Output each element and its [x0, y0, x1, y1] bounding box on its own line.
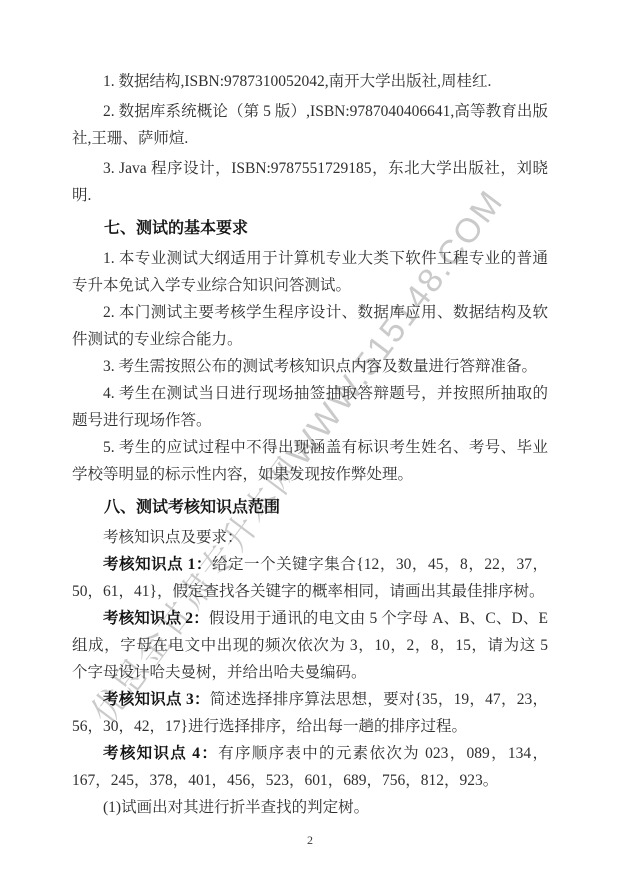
knowledge-point-4: 考核知识点 4：有序顺序表中的元素依次为 023，089，134，167，245…	[72, 740, 548, 794]
section-heading-8: 八、测试考核知识点范围	[72, 494, 548, 521]
knowledge-point-2-label: 考核知识点 2：	[103, 610, 209, 627]
requirement-item-2: 2. 本门测试主要考核学生程序设计、数据库应用、数据结构及软件测试的专业综合能力…	[72, 299, 548, 353]
knowledge-points-intro: 考核知识点及要求：	[72, 524, 548, 551]
requirement-item-4: 4. 考生在测试当日进行现场抽签抽取答辩题号，并按照所抽取的题号进行现场作答。	[72, 380, 548, 434]
knowledge-point-4-label: 考核知识点 4：	[103, 745, 218, 762]
knowledge-point-1: 考核知识点 1：给定一个关键字集合{12，30，45，8，22，37，50，61…	[72, 551, 548, 605]
requirement-item-5: 5. 考生的应试过程中不得出现涵盖有标识考生姓名、考号、毕业学校等明显的标示性内…	[72, 434, 548, 488]
knowledge-point-2: 考核知识点 2：假设用于通讯的电文由 5 个字母 A、B、C、D、E 组成，字母…	[72, 605, 548, 686]
requirement-item-3: 3. 考生需按照公布的测试考核知识点内容及数量进行答辩准备。	[72, 353, 548, 380]
knowledge-point-3: 考核知识点 3：简述选择排序算法思想，要对{35，19，47，23，56，30，…	[72, 686, 548, 740]
reference-item-3: 3. Java 程序设计，ISBN:9787551729185，东北大学出版社，…	[72, 155, 548, 209]
requirement-item-1: 1. 本专业测试大纲适用于计算机专业大类下软件工程专业的普通专升本免试入学专业综…	[72, 245, 548, 299]
knowledge-point-4-sub-item: (1)试画出对其进行折半查找的判定树。	[72, 794, 548, 821]
section-heading-7: 七、测试的基本要求	[72, 215, 548, 242]
document-page: 优思金甘肃专升本网WWW.515148.COM 1. 数据结构,ISBN:978…	[0, 0, 620, 876]
page-number: 2	[72, 827, 548, 854]
document-content: 1. 数据结构,ISBN:9787310052042,南开大学出版社,周桂红. …	[0, 0, 620, 854]
reference-item-2: 2. 数据库系统概论（第 5 版）,ISBN:9787040406641,高等教…	[72, 98, 548, 152]
knowledge-point-1-label: 考核知识点 1：	[103, 556, 212, 573]
reference-item-1: 1. 数据结构,ISBN:9787310052042,南开大学出版社,周桂红.	[72, 68, 548, 95]
knowledge-point-3-label: 考核知识点 3：	[103, 691, 210, 708]
